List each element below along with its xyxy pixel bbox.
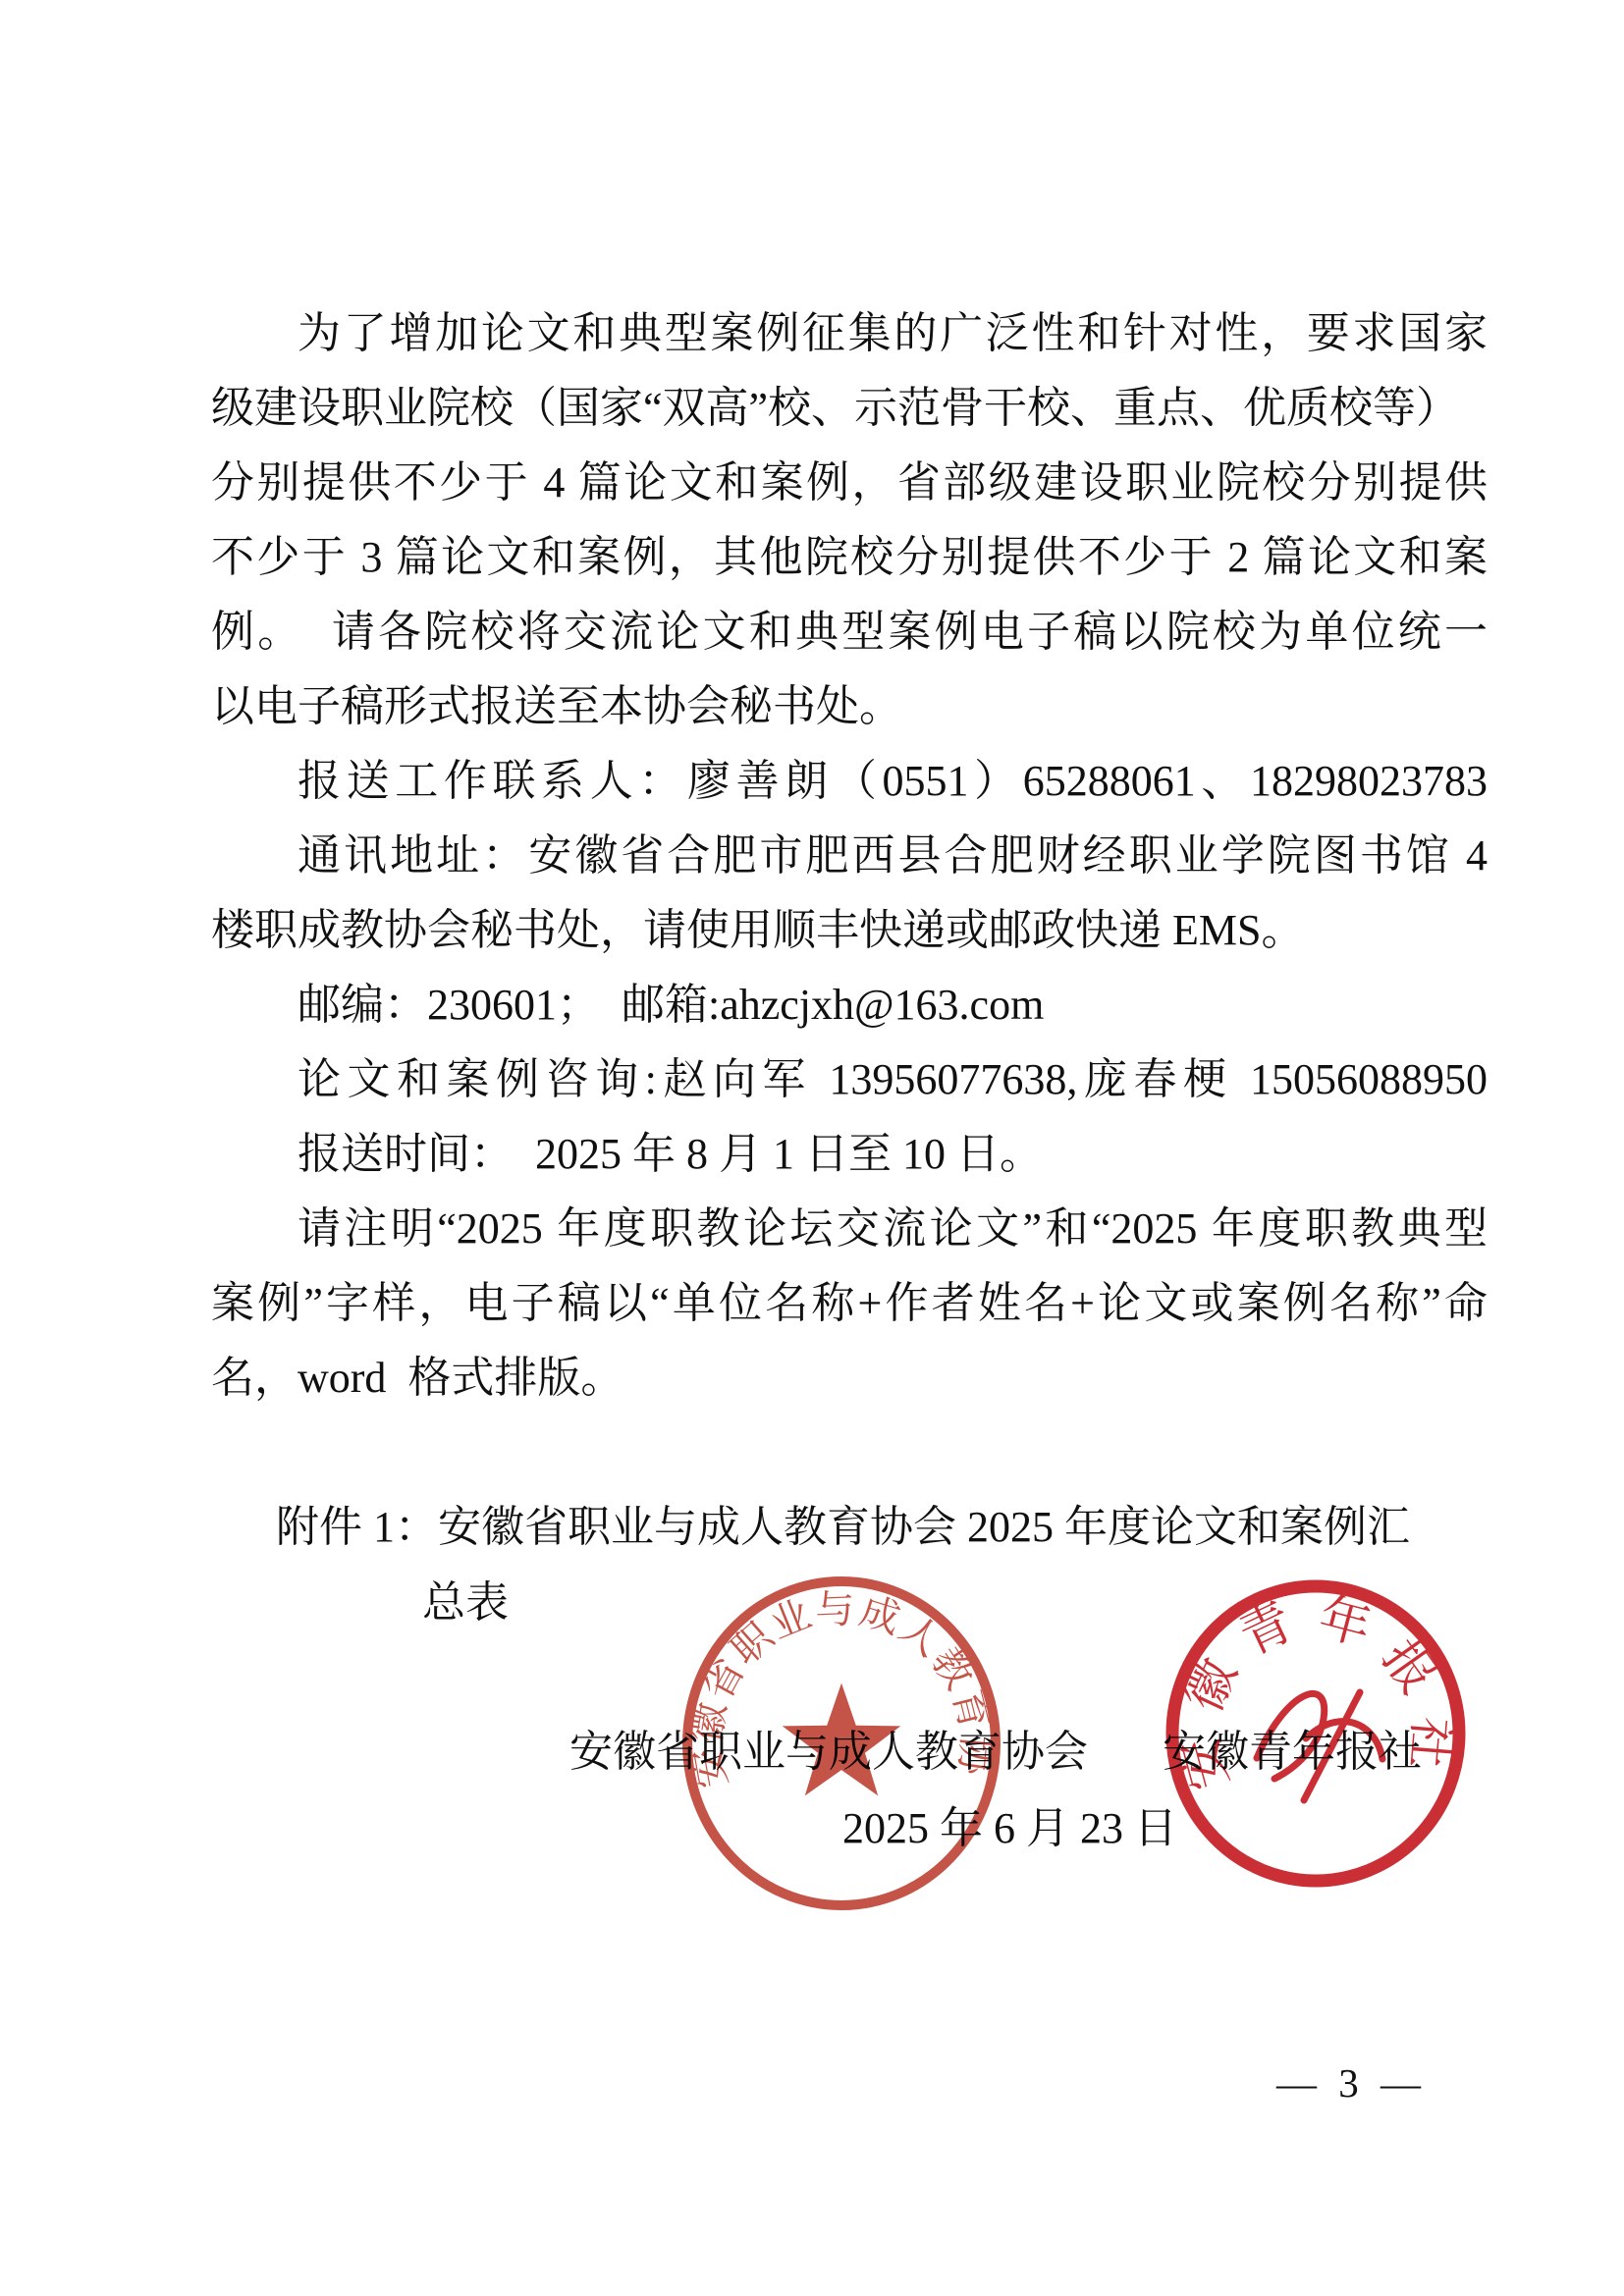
association-seal: 安徽省职业与成人教育协会 xyxy=(676,1571,1007,1916)
text-line: 邮编：230601； 邮箱:ahzcjxh@163.com xyxy=(211,968,1488,1042)
seal-script-flourish xyxy=(1257,1692,1382,1800)
page-number: — 3 — xyxy=(1276,2059,1427,2107)
text-line: 报送工作联系人：廖善朗（0551）65288061、18298023783 xyxy=(211,744,1488,819)
star-icon xyxy=(783,1683,901,1796)
text-line: 名，word 格式排版。 xyxy=(211,1341,1488,1415)
text-line: 楼职成教协会秘书处，请使用顺丰快递或邮政快递 EMS。 xyxy=(211,893,1488,968)
text-line: 不少于 3 篇论文和案例，其他院校分别提供不少于 2 篇论文和案 xyxy=(211,520,1488,595)
text-line: 报送时间： 2025 年 8 月 1 日至 10 日。 xyxy=(211,1117,1488,1192)
attachment-line: 附件 1：安徽省职业与成人教育协会 2025 年度论文和案例汇 xyxy=(211,1489,1488,1565)
newspaper-seal: 安徽青年报社 xyxy=(1159,1575,1473,1892)
text-line: 分别提供不少于 4 篇论文和案例，省部级建设职业院校分别提供 xyxy=(211,446,1488,520)
text-line: 例。 请各院校将交流论文和典型案例电子稿以院校为单位统一 xyxy=(211,595,1488,669)
body-text: 为了增加论文和典型案例征集的广泛性和针对性，要求国家 级建设职业院校（国家“双高… xyxy=(211,296,1488,1415)
text-line: 以电子稿形式报送至本协会秘书处。 xyxy=(211,669,1488,744)
text-line: 通讯地址：安徽省合肥市肥西县合肥财经职业学院图书馆 4 xyxy=(211,819,1488,893)
text-line: 请注明“2025 年度职教论坛交流论文”和“2025 年度职教典型 xyxy=(211,1192,1488,1266)
document-page: 为了增加论文和典型案例征集的广泛性和针对性，要求国家 级建设职业院校（国家“双高… xyxy=(0,0,1624,2296)
text-line: 为了增加论文和典型案例征集的广泛性和针对性，要求国家 xyxy=(211,296,1488,371)
text-line: 级建设职业院校（国家“双高”校、示范骨干校、重点、优质校等） xyxy=(211,371,1488,446)
text-line: 论文和案例咨询:赵向军 13956077638,庞春梗 15056088950 xyxy=(211,1042,1488,1117)
text-line: 案例”字样，电子稿以“单位名称+作者姓名+论文或案例名称”命 xyxy=(211,1266,1488,1341)
